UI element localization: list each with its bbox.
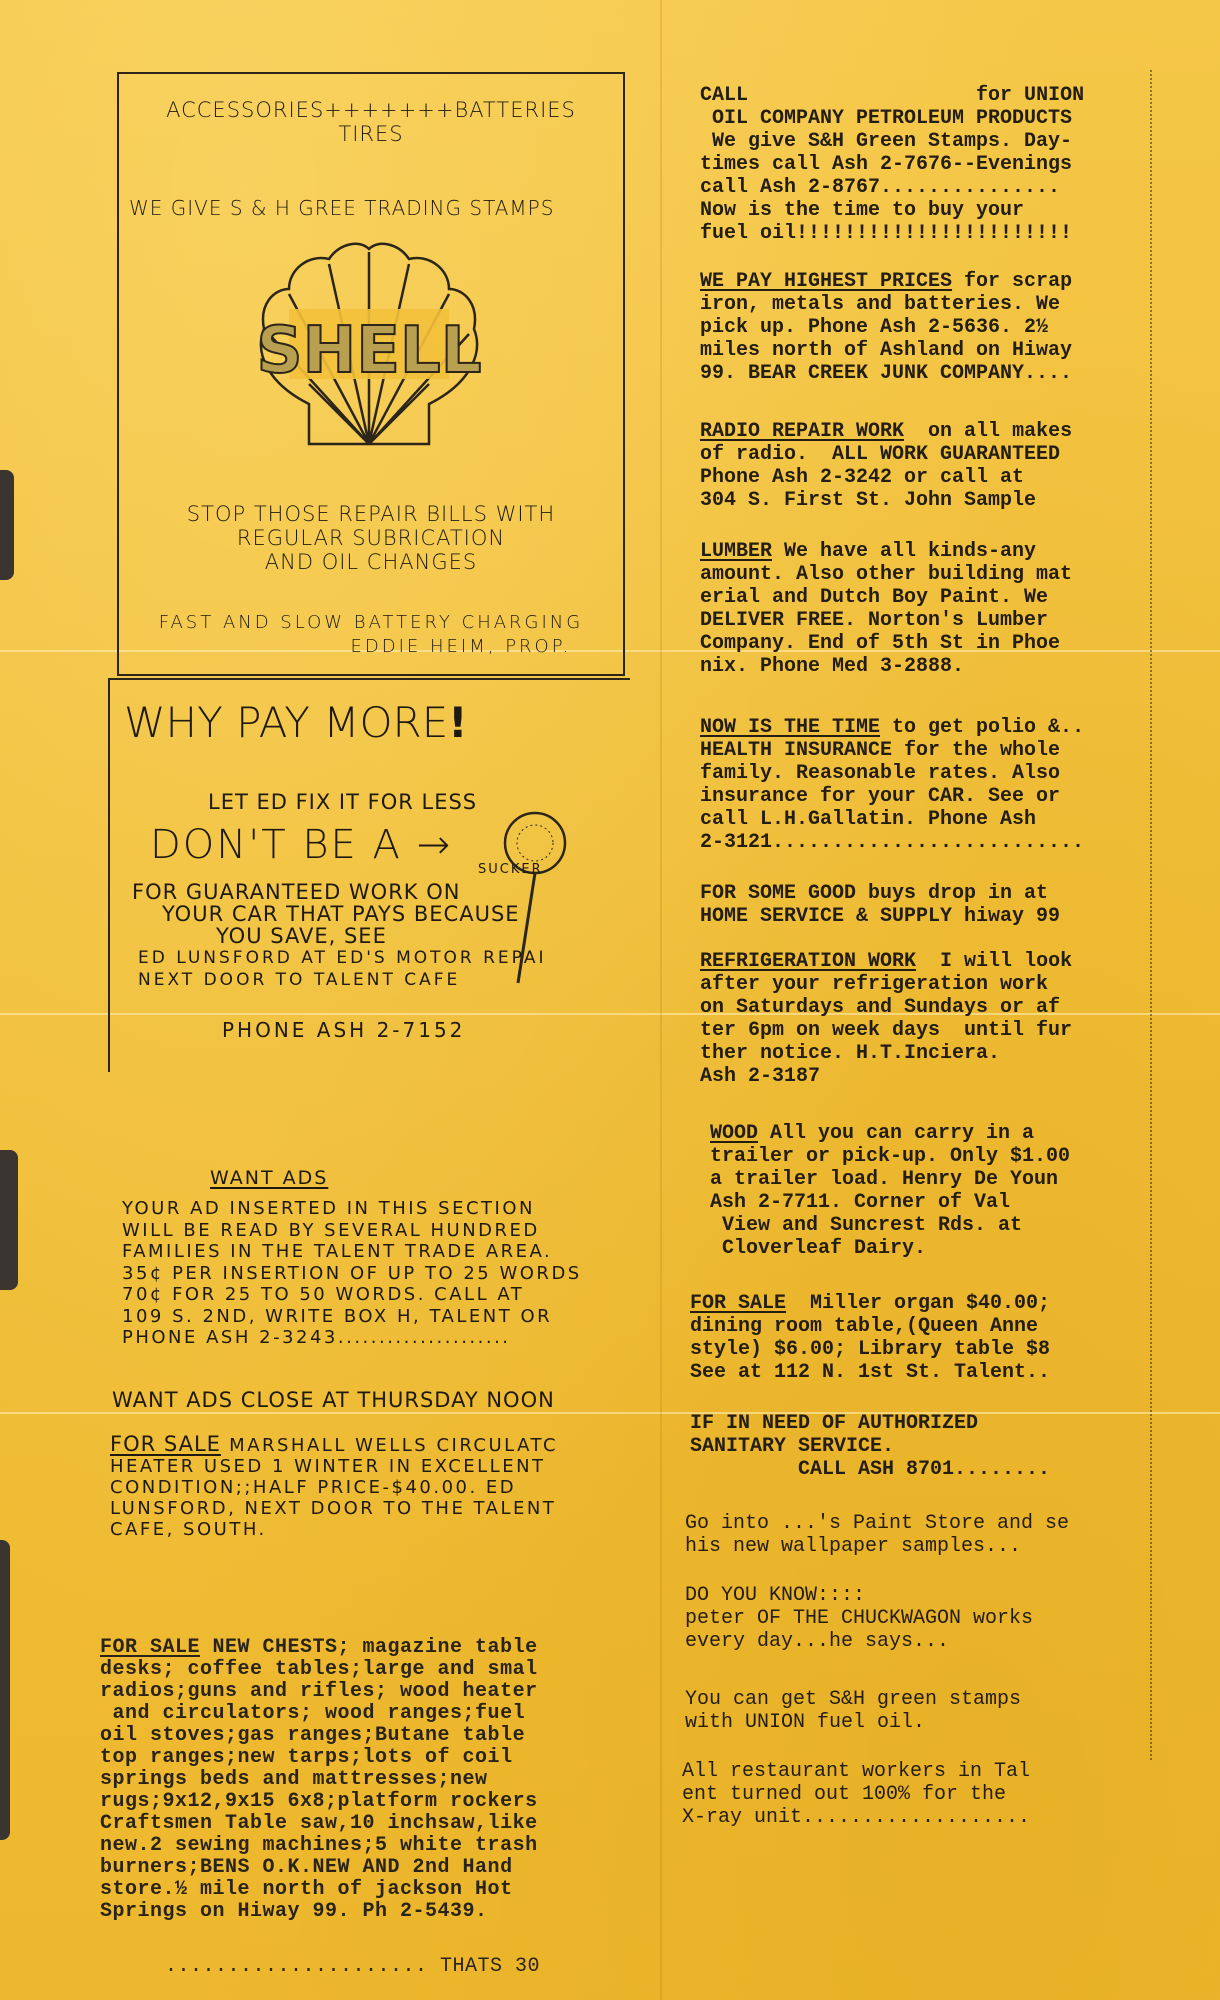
green-stamps-item: You can get S&H green stamps with UNION …: [685, 1688, 1145, 1734]
thats-30-footer: ..................... THATS 30: [165, 1956, 540, 1978]
ed-line-1: FOR GUARANTEED WORK ON: [132, 880, 460, 904]
paint-store-item: Go into ...'s Paint Store and se his new…: [685, 1512, 1145, 1558]
proprietor: EDDIE HEIM, PROP.: [209, 636, 713, 657]
want-ads-info: YOUR AD INSERTED IN THIS SECTION WILL BE…: [122, 1198, 582, 1349]
eds-motor-repair-ad: WHY PAY MORE! LET ED FIX IT FOR LESS DON…: [108, 678, 630, 1072]
dont-be-a: DON'T BE A →: [150, 822, 452, 868]
radio-repair-ad: RADIO REPAIR WORK on all makes of radio.…: [700, 420, 1160, 512]
chuckwagon-item: DO YOU KNOW:::: peter OF THE CHUCKWAGON …: [685, 1584, 1145, 1653]
stop-line-2: REGULAR SUBRICATION: [119, 526, 623, 550]
fix-line: LET ED FIX IT FOR LESS: [208, 790, 477, 814]
for-sale-bens-ad: FOR SALE NEW CHESTS; magazine table desk…: [100, 1637, 538, 1923]
stop-line-3: AND OIL CHANGES: [119, 550, 623, 574]
want-ads-title: WANT ADS: [210, 1168, 328, 1189]
sanitary-service-ad: IF IN NEED OF AUTHORIZED SANITARY SERVIC…: [690, 1412, 1150, 1481]
union-oil-ad: CALL for UNION OIL COMPANY PETROLEUM PRO…: [700, 84, 1160, 245]
ed-line-5: NEXT DOOR TO TALENT CAFE: [138, 970, 460, 990]
lumber-ad: LUMBER We have all kinds-any amount. Als…: [700, 540, 1160, 678]
insurance-ad: NOW IS THE TIME to get polio &.. HEALTH …: [700, 716, 1160, 854]
ed-line-4: ED LUNSFORD AT ED'S MOTOR REPAI: [138, 948, 546, 968]
accessories-line: ACCESSORIES+++++++BATTERIES: [119, 98, 623, 122]
shell-ad: ACCESSORIES+++++++BATTERIES TIRES WE GIV…: [117, 72, 625, 676]
wood-ad: WOOD All you can carry in a trailer or p…: [710, 1122, 1170, 1260]
stop-line-1: STOP THOSE REPAIR BILLS WITH: [119, 502, 623, 526]
svg-text:SHELL: SHELL: [257, 314, 482, 388]
bear-creek-junk-ad: WE PAY HIGHEST PRICES for scrap iron, me…: [700, 270, 1160, 385]
x-ray-item: All restaurant workers in Tal ent turned…: [682, 1760, 1142, 1829]
shell-logo-icon: SHELL: [249, 234, 489, 464]
ed-line-2: YOUR CAR THAT PAYS BECAUSE: [162, 902, 520, 926]
ed-line-3: YOU SAVE, SEE: [216, 924, 387, 948]
for-sale-heater-ad: FOR SALE MARSHALL WELLS CIRCULATC HEATER…: [110, 1434, 558, 1540]
sucker-label: SUCKER: [478, 862, 543, 877]
home-service-ad: FOR SOME GOOD buys drop in at HOME SERVI…: [700, 882, 1160, 928]
battery-line: FAST AND SLOW BATTERY CHARGING: [119, 612, 623, 633]
headline: WHY PAY MORE!: [124, 698, 467, 747]
want-ads-close: WANT ADS CLOSE AT THURSDAY NOON: [112, 1390, 555, 1411]
paper-fold: [660, 0, 662, 2000]
stamps-line: WE GIVE S & H GREE TRADING STAMPS: [129, 196, 633, 220]
torn-edge: [0, 470, 14, 580]
tires-line: TIRES: [119, 122, 623, 146]
miller-organ-ad: FOR SALE Miller organ $40.00; dining roo…: [690, 1292, 1150, 1384]
torn-edge: [0, 1150, 18, 1290]
refrigeration-ad: REFRIGERATION WORK I will look after you…: [700, 950, 1160, 1088]
torn-edge: [0, 1540, 10, 1840]
ed-phone: PHONE ASH 2-7152: [222, 1018, 465, 1042]
